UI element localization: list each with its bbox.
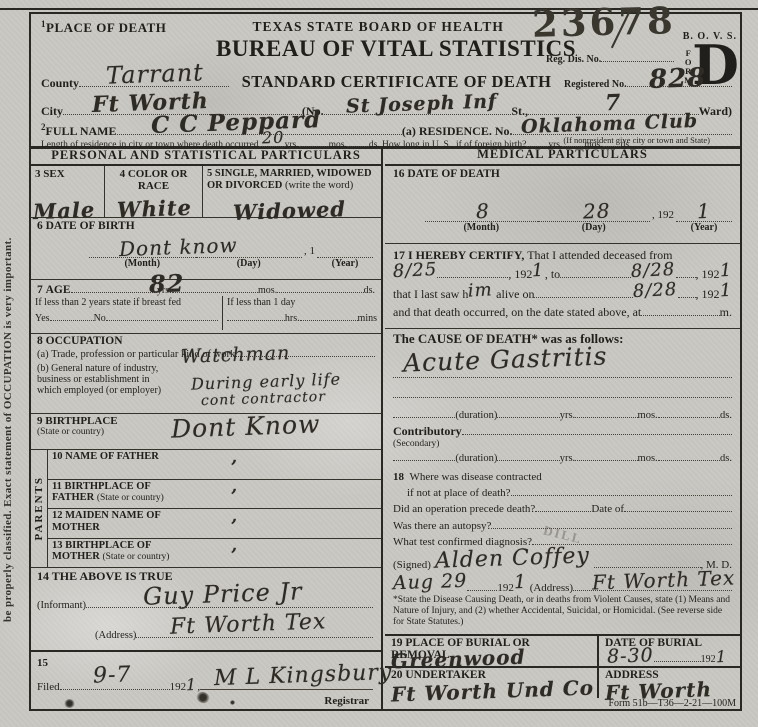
printed-192: 192 [170,681,187,693]
dob-month-segment: Dont know (Month) [89,256,196,269]
contributory-row: Contributory [393,424,732,439]
parents-label: PARENTS [33,476,45,541]
duration-label: (duration) [455,453,497,464]
dotted-line [511,486,732,496]
operation-row: Did an operation precede death? Date of [393,502,732,515]
city-label: City [41,104,63,119]
place-of-death-label: 1PLACE OF DEATH [41,19,166,36]
where-contracted-row-2: if not at place of death? [407,486,732,499]
institution-line: St Joseph Inf [324,102,512,115]
contributory-label: Contributory [393,424,462,439]
cause-of-death-section: The CAUSE OF DEATH* was as follows: Acut… [385,329,740,423]
full-name-label: 2FULL NAME [41,122,117,139]
handwritten-county: Tarrant [106,60,205,87]
handwritten-full-name: C C Peppard [150,108,321,137]
printed-192: , 192 [696,285,720,304]
father-birthplace-row: 11 BIRTHPLACE OF FATHER (State or countr… [48,480,381,510]
breastfed-row: If less than 2 years state if breast fed… [31,296,381,330]
year-sublabel: (Year) [691,222,718,233]
day-sublabel: (Day) [237,258,261,269]
operation-label: Did an operation precede death? [393,503,535,515]
dotted-line [462,424,732,435]
handwritten-ward: 7 [604,92,621,115]
dotted-line [393,451,455,461]
mos-label: mos. [258,285,277,296]
dob-year-prefix: , 1 [302,245,317,269]
dotted-line [534,287,633,298]
dotted-line: Ft Worth Tex [136,628,373,638]
handwritten-burial-year: 1 [715,649,727,665]
county-label: County [41,76,79,91]
m-label: m. [720,303,732,322]
dod-line: 8 (Month) 28 (Day) , 192 1 (Year) [425,209,732,233]
dotted-line [50,312,94,322]
residence-line: Oklahoma Club [513,122,732,135]
dotted-line [676,267,696,278]
handwritten-age: 82 [149,271,185,296]
where-label-1: Where was disease contracted [410,471,542,483]
handwritten-physician-signature: Alden Coffey [434,545,590,572]
sex-race-marital-row: 3 SEX Male 4 COLOR OR RACE White 5 SINGL… [31,166,381,218]
year-sublabel: (Year) [332,258,359,269]
ds-label: ds. [364,285,375,296]
mos-label: mos. [638,410,658,421]
dotted-line [535,502,591,512]
handwritten-sign-address: Ft Worth Tex [592,567,736,592]
dod-year-segment: 1 (Year) [676,220,732,233]
handwritten-occupation-b2: cont contractor [201,390,326,408]
mother-name-row: 12 MAIDEN NAME OF MOTHER ’ [48,509,381,539]
handwritten-registered-no: 828 [648,65,706,93]
printed-192: , 192 [696,265,720,284]
dotted-line [300,312,358,322]
parents-section: PARENTS 10 NAME OF FATHER ’ 11 BIRTHPLAC… [31,450,381,568]
handwritten-cause: Acute Gastritis [403,344,608,376]
dotted-line [277,282,363,293]
dotted-line [624,502,732,512]
date-of-label: Date of [591,503,624,515]
duration-row-2: (duration) yrs. mos. ds. [393,451,732,464]
handwritten-dod-day: 28 [582,200,610,221]
certify-section: 17 I HEREBY CERTIFY, That I attended dec… [385,244,740,330]
dotted-line [227,312,285,322]
handwritten-burial-date: 8-30 [607,646,654,667]
form-number: Form 51b—T36—2-21—100M [385,698,740,709]
mins-label: mins [358,313,377,324]
age-row: 7 AGE yrs. mos. ds. 82 [31,280,381,296]
secondary-label: (Secondary) [393,439,732,449]
handwritten-dod-month: 8 [475,200,489,220]
handwritten-registrar: M L Kingsbury [214,662,393,690]
reg-dis-line: Reg. Dis. No. [546,52,674,65]
mos-label: mos. [638,453,658,464]
dob-year-segment: (Year) [317,256,373,269]
less-than-day-cell: If less than 1 day hrs. mins [222,296,381,330]
dotted-line [658,451,720,461]
dotted-line [491,518,732,528]
ink-speck [64,699,75,708]
hrs-mins-row: hrs. mins [227,312,377,325]
occupation-b-line1: (b) General nature of industry, [37,363,227,374]
duration-label: (duration) [455,410,497,421]
cause-line-1 [393,377,732,378]
yes-label: Yes [35,313,50,324]
father-name-row: 10 NAME OF FATHER ’ [48,450,381,480]
breastfed-label: If less than 2 years state if breast fed [35,297,181,308]
header-row-1: 1PLACE OF DEATH TEXAS STATE BOARD OF HEA… [41,19,590,36]
handwritten-attended-from: 8/25 [392,261,437,281]
personal-title: PERSONAL AND STATISTICAL PARTICULARS [31,146,381,166]
date-of-birth-section: 6 DATE OF BIRTH Dont know (Month) (Day) … [31,218,381,280]
handwritten-sign-date: Aug 29 [393,572,468,594]
handwritten-ditto: ’ [231,458,239,476]
handwritten-last-saw: 8/28 [633,281,678,301]
dotted-line [467,581,497,591]
less-day-label: If less than 1 day [227,297,295,308]
birthplace-section: 9 BIRTHPLACE (State or country) Dont Kno… [31,414,381,450]
handwritten-ditto: ’ [231,517,239,535]
dotted-line [601,52,674,62]
where-contracted-row: 18 Where was disease contracted [393,471,732,483]
handwritten-informant-address: Ft Worth Tex [169,611,326,638]
dotted-line [497,408,559,418]
mother-birthplace-row: 13 BIRTHPLACE OF MOTHER (State or countr… [48,539,381,568]
month-sublabel: (Month) [463,222,499,233]
burial-row-2: 20 UNDERTAKER Ft Worth Und Co ADDRESS Ft… [385,668,740,698]
ds-label: ds. [720,453,732,464]
registrar-label: Registrar [324,695,369,707]
sex-cell: 3 SEX Male [31,166,105,217]
county-line: Tarrant [79,74,229,87]
printed-192: 192 [701,654,716,665]
cause-line-2 [393,397,732,398]
handwritten-sign-year: 1 [513,573,527,592]
section-15-number: 15 [37,657,48,669]
medical-column: MEDICAL PARTICULARS 16 DATE OF DEATH 8 (… [385,146,740,709]
handwritten-race: White [117,197,193,221]
dotted-line: Ft Worth Tex [573,581,732,591]
handwritten-him: im [468,281,494,300]
contributory-section: Contributory (Secondary) (duration) yrs.… [385,423,740,467]
dotted-line: Guy Price Jr [86,598,373,608]
residence-label: RESIDENCE. No. [419,124,513,139]
printed-192: , 192 [508,265,532,284]
dod-year-prefix: , 192 [650,209,676,233]
handwritten-institution: St Joseph Inf [346,92,498,116]
dotted-line [497,451,559,461]
duration-row: (duration) yrs. mos. ds. [393,408,732,421]
dod-month-segment: 8 (Month) [425,220,538,233]
handwritten-last-year: 1 [719,281,732,300]
filed-row: Filed 9-7 1921, M L Kingsbury [37,677,373,693]
handwritten-to-year: 1 [719,262,732,281]
to-label: , to [545,265,560,284]
reg-dis-label: Reg. Dis. No. [546,54,601,65]
handwritten-birthplace: Dont Know [171,411,321,441]
undertaker-cell: 20 UNDERTAKER Ft Worth Und Co [385,668,599,698]
dotted-line [106,312,218,322]
medical-title: MEDICAL PARTICULARS [385,146,740,166]
where-label-2: if not at place of death? [407,487,511,499]
dob-line: Dont know (Month) (Day) , 1 (Year) [89,245,373,269]
undertaker-address-cell: ADDRESS Ft Worth [599,668,740,698]
yrs-label: yrs. [560,453,575,464]
burial-row-1: 19 PLACE OF BURIAL OR REMOVAL Greenwood … [385,636,740,668]
race-cell: 4 COLOR OR RACE White [105,166,203,217]
margin-note: be properly classified. Exact statement … [0,150,16,710]
handwritten-dod-year: 1 [697,200,711,220]
death-certificate-scan: be properly classified. Exact statement … [0,0,758,727]
burial-section: 19 PLACE OF BURIAL OR REMOVAL Greenwood … [385,634,740,698]
signature-line: M L Kingsbury [200,680,373,690]
full-name-line: C C Peppard [117,122,402,135]
dotted-line [641,305,719,316]
standard-certificate-title: STANDARD CERTIFICATE OF DEATH [229,72,564,92]
registered-label: Registered No. [564,79,627,90]
marital-cell: 5 SINGLE, MARRIED, WIDOWED OR DIVORCED (… [203,166,381,217]
a-label: (a) [402,124,416,139]
filed-label: Filed [37,681,60,693]
dotted-line [658,408,720,418]
ward-label: Ward) [699,104,732,119]
dob-day-segment: (Day) [196,256,303,269]
last-saw-label-2: alive on [496,285,534,304]
certificate-border: 1PLACE OF DEATH TEXAS STATE BOARD OF HEA… [29,12,742,711]
informant-label: (Informant) [37,600,86,611]
dotted-line [560,267,631,278]
parents-rows: 10 NAME OF FATHER ’ 11 BIRTHPLACE OF FAT… [47,450,381,567]
hrs-label: hrs. [285,313,300,324]
yrs-label: yrs. [560,410,575,421]
death-occurred-label: and that death occurred, on the date sta… [393,303,641,322]
handwritten-filed-year: 1 [186,677,198,693]
dotted-line [678,287,696,298]
certify-line-4: and that death occurred, on the date sta… [393,303,732,322]
informant-section: 14 THE ABOVE IS TRUE (Informant) Guy Pri… [31,568,381,652]
dotted-line [575,408,637,418]
questions-section: 18 Where was disease contracted if not a… [385,467,740,593]
dotted-line [575,451,637,461]
handwritten-ditto: ’ [231,547,239,565]
dotted-line [437,267,508,278]
certify-line-3: that I last saw h im alive on 8/28 , 192… [393,284,732,304]
dod-day-segment: 28 (Day) [538,220,651,233]
handwritten-length: 20 [261,130,284,147]
no-label: No [94,313,106,324]
address-label: (Address) [95,630,136,641]
handwritten-residence: Oklahoma Club [521,112,699,137]
age-section: 7 AGE yrs. mos. ds. 82 If less than 2 ye… [31,280,381,334]
autopsy-label: Was there an autopsy? [393,520,491,532]
certificate-header: 1PLACE OF DEATH TEXAS STATE BOARD OF HEA… [31,14,740,149]
informant-address-row: (Address) Ft Worth Tex [95,628,373,641]
dotted-line [71,282,157,293]
handwritten-from-year: 1 [532,262,545,281]
handwritten-ditto: ’ [231,488,239,506]
certify-line-2: 8/25 , 1921 , to 8/28 , 1921 [393,264,732,284]
certificate-body: PERSONAL AND STATISTICAL PARTICULARS 3 S… [31,146,740,709]
board-title: TEXAS STATE BOARD OF HEALTH [166,19,590,36]
yes-no-row: Yes No [35,312,218,325]
signed-label: (Signed) [393,559,431,571]
footnote-section: *State the Disease Causing Death, or in … [385,593,740,635]
breastfed-cell: If less than 2 years state if breast fed… [31,296,222,330]
parents-strip: PARENTS [31,450,47,567]
occupation-section: 8 OCCUPATION (a) Trade, profession or pa… [31,334,381,414]
date-of-burial-cell: DATE OF BURIAL 8-30 1921 [599,636,740,666]
header-row-county: County Tarrant STANDARD CERTIFICATE OF D… [41,72,732,92]
dotted-line [393,408,455,418]
date-of-death-section: 16 DATE OF DEATH 8 (Month) 28 (Day) , 19… [385,166,740,244]
burial-date-line: 8-30 1921 [607,647,727,666]
dotted-line: 9-7 [60,680,170,690]
dotted-line [654,653,701,663]
handwritten-filed-date: 9-7 [92,664,131,687]
registered-no-line: Registered No. 828 [564,78,732,91]
last-saw-label-1: that I last saw h [393,285,468,304]
handwritten-informant: Guy Price Jr [143,579,303,609]
ink-speck [230,700,235,705]
ds-label: ds. [720,410,732,421]
certify-line-1: 17 I HEREBY CERTIFY, That I attended dec… [393,246,732,265]
place-of-burial-cell: 19 PLACE OF BURIAL OR REMOVAL Greenwood [385,636,599,666]
personal-column: PERSONAL AND STATISTICAL PARTICULARS 3 S… [31,146,383,709]
